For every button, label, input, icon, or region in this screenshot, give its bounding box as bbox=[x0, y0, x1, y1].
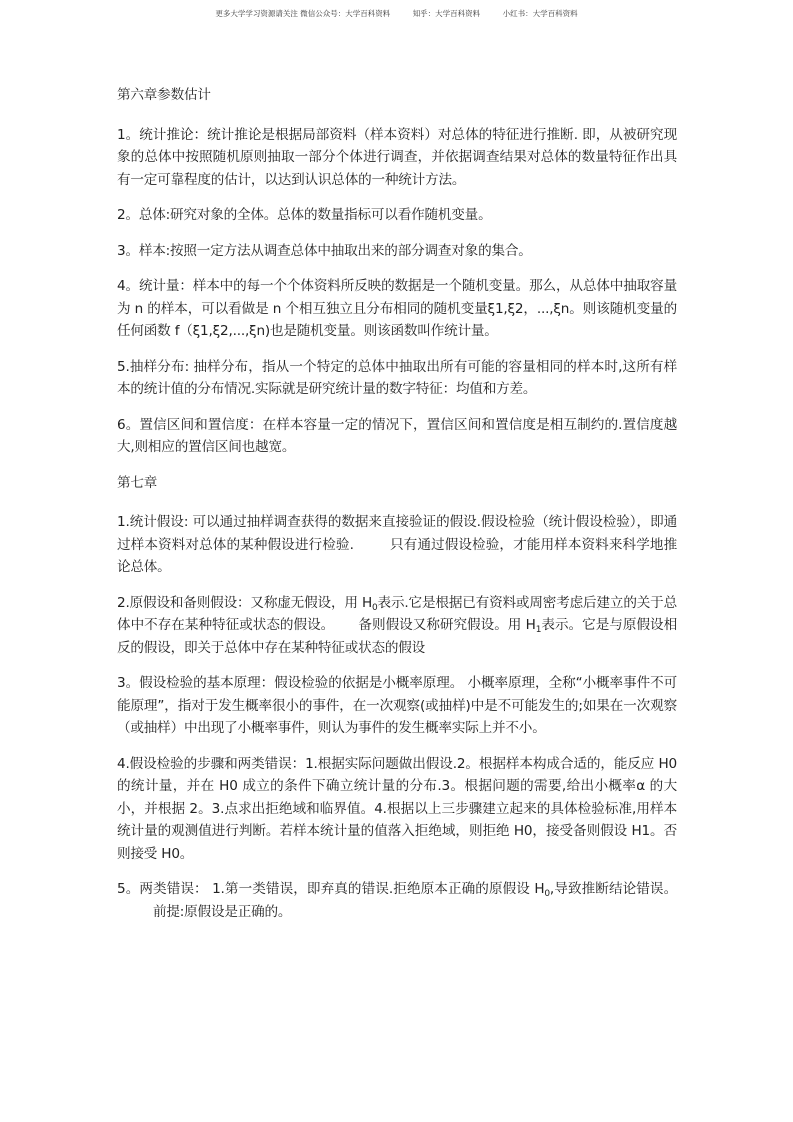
header-zhihu: 知乎：大学百科资料 bbox=[413, 9, 481, 18]
ch7-p2-part-a: 2.原假设和备则假设：又称虚无假设，用 H bbox=[117, 595, 372, 611]
ch7-paragraph-2: 2.原假设和备则假设：又称虚无假设，用 H0表示.它是根据已有资料或周密考虑后建… bbox=[117, 592, 677, 660]
ch7-paragraph-3: 3。假设检验的基本原理：假设检验的依据是小概率原理。 小概率原理，全称“小概率事… bbox=[117, 672, 677, 740]
ch6-paragraph-5: 5.抽样分布: 抽样分布，指从一个特定的总体中抽取出所有可能的容量相同的样本时,… bbox=[117, 356, 677, 401]
ch6-paragraph-2: 2。总体:研究对象的全体。总体的数量指标可以看作随机变量。 bbox=[117, 204, 677, 227]
document-body: 第六章参数估计 1。统计推论：统计推论是根据局部资料（样本资料）对总体的特征进行… bbox=[117, 84, 677, 936]
chapter6-title: 第六章参数估计 bbox=[117, 84, 677, 107]
ch7-paragraph-1: 1.统计假设: 可以通过抽样调查获得的数据来直接验证的假设.假设检验（统计假设检… bbox=[117, 511, 677, 579]
page-header: 更多大学学习资源请关注 微信公众号：大学百科资料 知乎：大学百科资料 小红书：大… bbox=[0, 8, 793, 19]
ch7-p5-part-c: 前提:原假设是正确的。 bbox=[153, 904, 291, 920]
ch7-paragraph-4: 4.假设检验的步骤和两类错误：1.根据实际问题做出假设.2。根据样本构成合适的，… bbox=[117, 753, 677, 866]
ch7-p2-part-c: 备则假设又称研究假设。用 H bbox=[358, 617, 535, 633]
ch6-paragraph-1: 1。统计推论：统计推论是根据局部资料（样本资料）对总体的特征进行推断. 即，从被… bbox=[117, 124, 677, 192]
ch7-paragraph-5: 5。两类错误： 1.第一类错误，即弃真的错误.拒绝原本正确的原假设 H0,导致推… bbox=[117, 878, 677, 923]
header-xiaohongshu: 小红书：大学百科资料 bbox=[503, 9, 578, 18]
ch6-paragraph-4: 4。统计量：样本中的每一个个体资料所反映的数据是一个随机变量。那么，从总体中抽取… bbox=[117, 275, 677, 343]
ch6-paragraph-6: 6。置信区间和置信度：在样本容量一定的情况下，置信区间和置信度是相互制约的.置信… bbox=[117, 414, 677, 459]
ch7-p5-part-a: 5。两类错误： 1.第一类错误，即弃真的错误.拒绝原本正确的原假设 H bbox=[117, 881, 544, 897]
chapter7-title: 第七章 bbox=[117, 472, 677, 495]
ch6-paragraph-3: 3。样本:按照一定方法从调查总体中抽取出来的部分调查对象的集合。 bbox=[117, 240, 677, 263]
header-wechat: 更多大学学习资源请关注 微信公众号：大学百科资料 bbox=[215, 9, 390, 18]
ch7-p5-part-b: ,导致推断结论错误。 bbox=[550, 881, 677, 897]
